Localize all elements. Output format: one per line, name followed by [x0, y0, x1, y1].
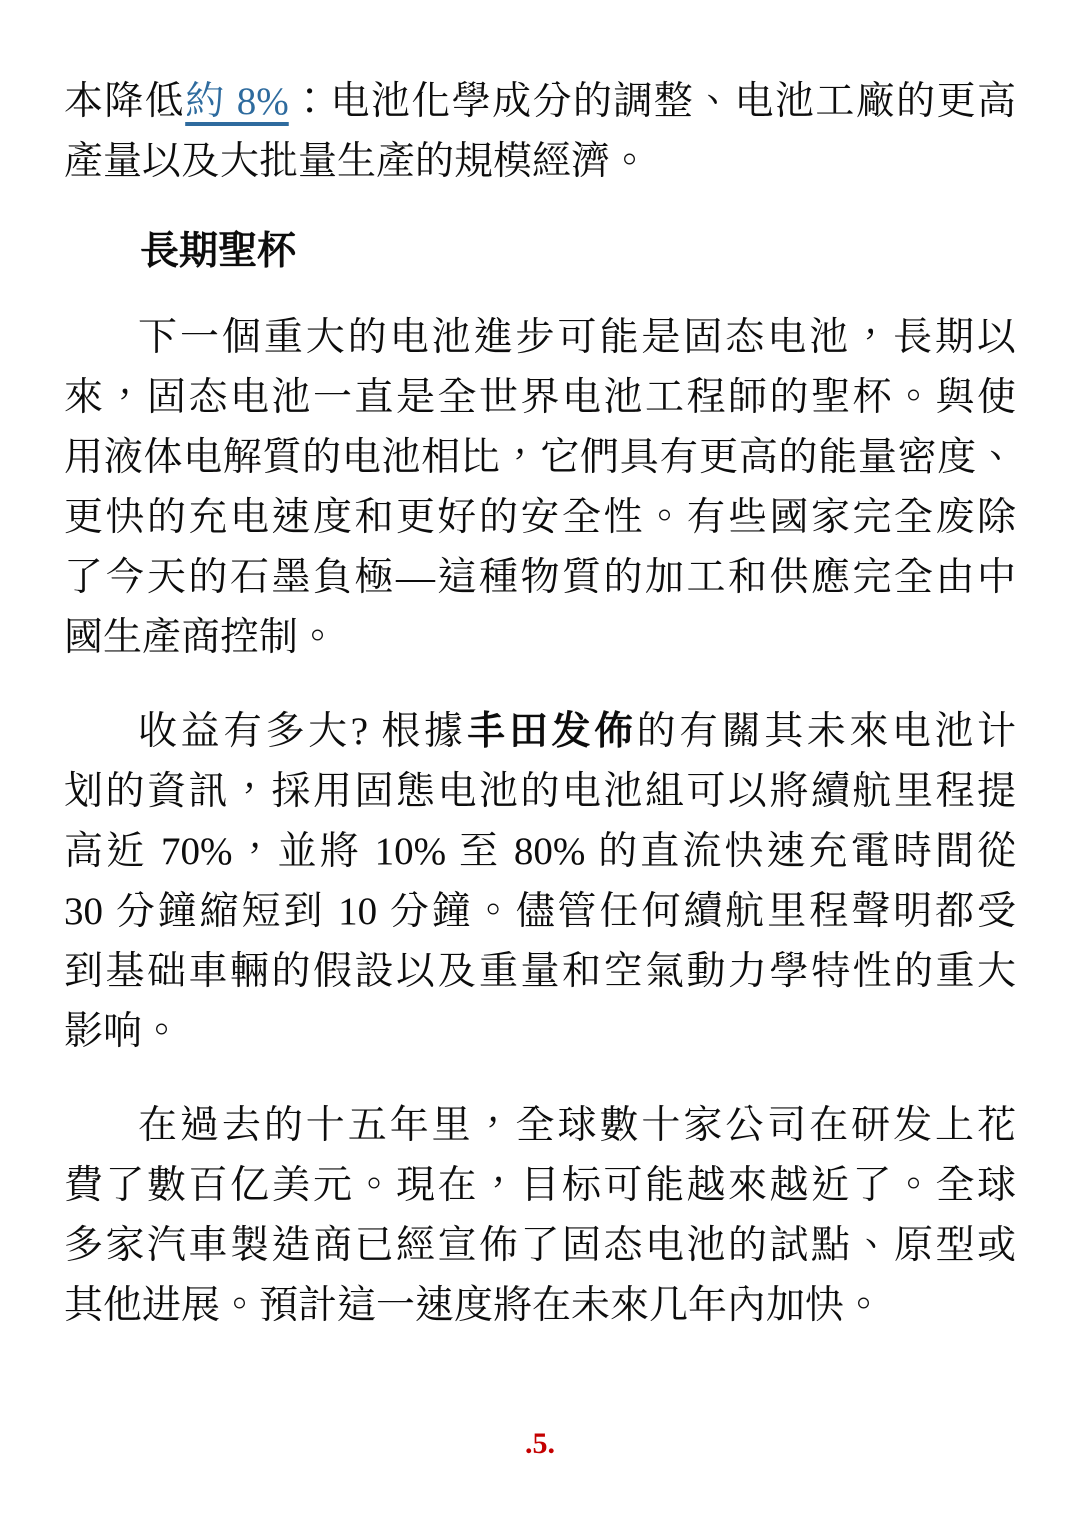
text-line: 其他进展。預計這一速度將在未來几年內加快。: [64, 1276, 1016, 1336]
text-line: 影响。: [64, 1002, 1016, 1062]
document-page: 本降低約 8%：电池化學成分的調整、电池工廠的更高 產量以及大批量生產的規模經濟…: [0, 0, 1080, 1527]
text-line: 高近 70%，並將 10% 至 80% 的直流快速充電時間從: [64, 822, 1016, 882]
paragraph-rd-investment: 在過去的十五年里，全球數十家公司在研发上花 費了數百亿美元。現在，目标可能越來越…: [64, 1096, 1016, 1336]
page-number: .5.: [64, 1414, 1016, 1474]
text-line: 國生產商控制。: [64, 608, 1016, 668]
text-line: 到基础車輛的假設以及重量和空氣動力學特性的重大: [64, 942, 1016, 1002]
text-line: 多家汽車製造商已經宣佈了固态电池的試點、原型或: [64, 1216, 1016, 1276]
paragraph-toyota-gains: 收益有多大? 根據丰田发佈的有關其未來电池计 划的資訊，採用固態电池的电池組可以…: [64, 702, 1016, 1062]
text-line: 產量以及大批量生產的規模經濟。: [64, 132, 1016, 192]
intro-text-pre: 本降低: [64, 80, 185, 123]
text-line: 了今天的石墨負極—這種物質的加工和供應完全由中: [64, 548, 1016, 608]
toyota-bold-text: 丰田发佈: [466, 710, 636, 753]
text-line: 本降低約 8%：电池化學成分的調整、电池工廠的更高: [64, 72, 1016, 132]
text-line: 在過去的十五年里，全球數十家公司在研发上花: [64, 1096, 1016, 1156]
paragraph-solid-state: 下一個重大的电池進步可能是固态电池，長期以 來，固态电池一直是全世界电池工程師的…: [64, 308, 1016, 668]
text-line: 更快的充电速度和更好的安全性。有些國家完全废除: [64, 488, 1016, 548]
text-line: 費了數百亿美元。現在，目标可能越來越近了。全球: [64, 1156, 1016, 1216]
text-line: 收益有多大? 根據丰田发佈的有關其未來电池计: [64, 702, 1016, 762]
paragraph-intro: 本降低約 8%：电池化學成分的調整、电池工廠的更高 產量以及大批量生產的規模經濟…: [64, 72, 1016, 192]
intro-text-post: ：电池化學成分的調整、电池工廠的更高: [289, 80, 1016, 123]
text-line: 來，固态电池一直是全世界电池工程師的聖杯。與使: [64, 368, 1016, 428]
text-line: 划的資訊，採用固態电池的电池組可以將續航里程提: [64, 762, 1016, 822]
toyota-text-post: 的有關其未來电池计: [637, 710, 1016, 753]
text-line: 30 分鐘縮短到 10 分鐘。儘管任何續航里程聲明都受: [64, 882, 1016, 942]
toyota-text-pre: 收益有多大? 根據: [138, 710, 466, 753]
section-heading: 長期聖杯: [64, 222, 1016, 282]
approx-8-percent-link[interactable]: 約 8%: [185, 80, 289, 123]
text-line: 用液体电解質的电池相比，它們具有更高的能量密度、: [64, 428, 1016, 488]
text-line: 下一個重大的电池進步可能是固态电池，長期以: [64, 308, 1016, 368]
